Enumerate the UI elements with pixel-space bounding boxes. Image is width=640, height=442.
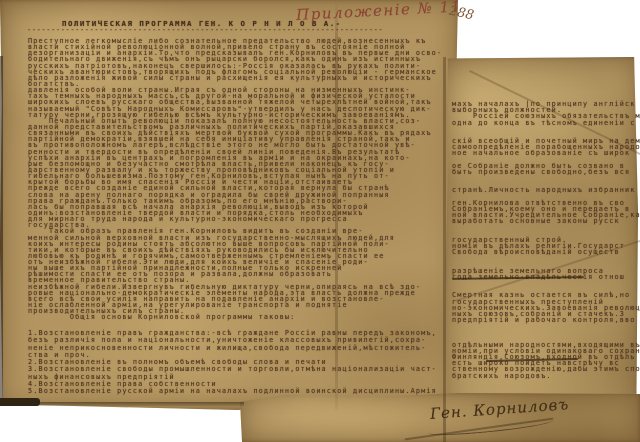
- document-scan: ПОЛИТИЧЕСКАЯ ПРОГРАММА ГЕН. К О Р Н И Л …: [0, 0, 640, 442]
- title-underline: ----------------------------------------…: [27, 27, 383, 33]
- right-column-text: махъ началахъ |по принципу англійск выбо…: [452, 101, 640, 379]
- body-text: Преступное легкомысліе либо сознательное…: [28, 38, 442, 320]
- program-points-list: 1.Возстановленіе правъ гражданства:-всѣ …: [28, 330, 437, 396]
